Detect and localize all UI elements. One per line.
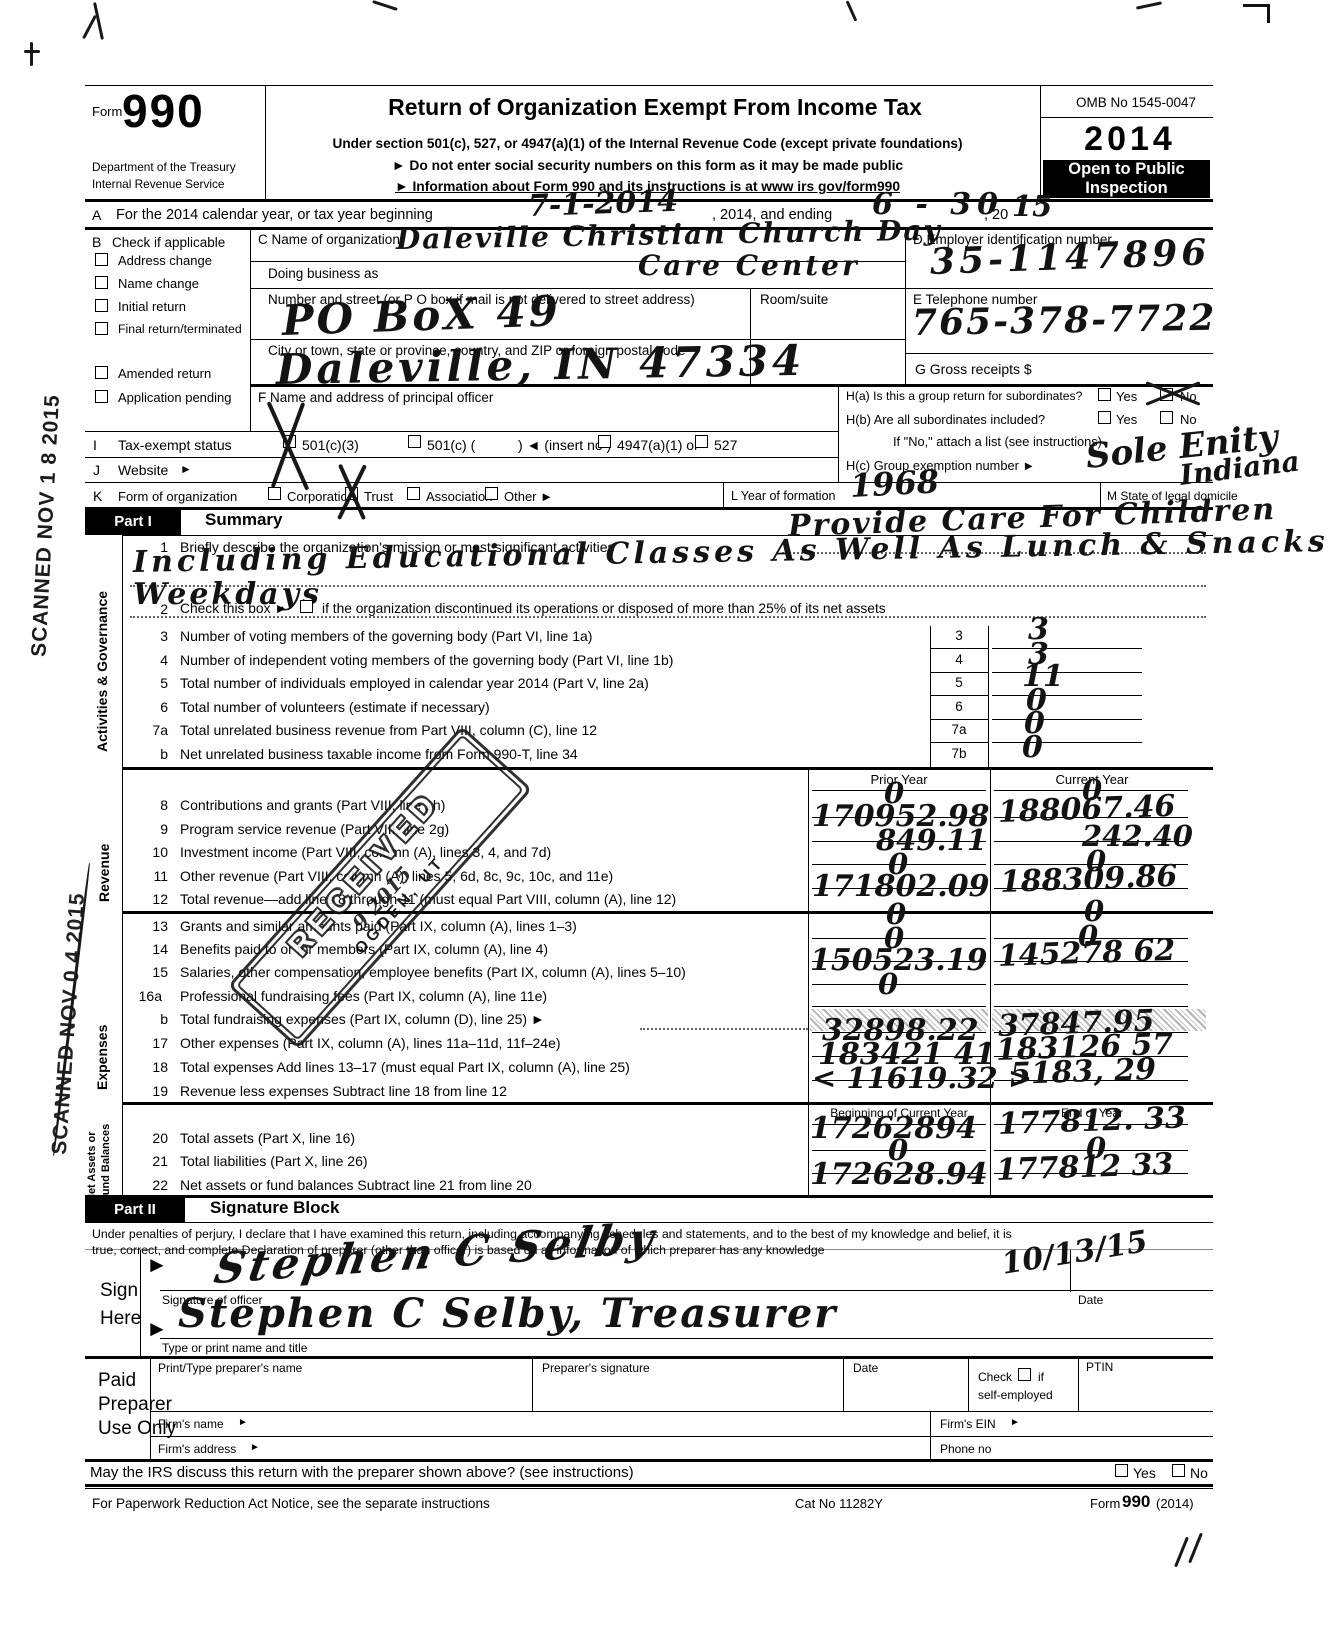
checkbox-discuss-no[interactable]	[1172, 1464, 1185, 1477]
street-value: PO BoX 49	[281, 290, 561, 342]
opt-527-label: 527	[714, 437, 737, 453]
form-990-page: SCANNED NOV 1 8 2015 SCANNED NOV 0 4 201…	[0, 0, 1328, 1647]
checkbox-discontinued[interactable]	[300, 600, 313, 613]
check-if-label: if	[1038, 1370, 1044, 1384]
row-num: 15	[136, 964, 168, 980]
box-b-item-label: Initial return	[118, 299, 186, 314]
row-box-num: 3	[930, 628, 988, 643]
box-b-title: Check if applicable	[112, 235, 225, 250]
row-num: 7a	[136, 722, 168, 738]
dba-label: Doing business as	[268, 266, 378, 281]
row-box-num: 7a	[930, 722, 988, 737]
checkbox-self-employed[interactable]	[1018, 1368, 1031, 1381]
preparer-name-label: Print/Type preparer's name	[158, 1361, 302, 1375]
side-label-net-assets-1: Net Assets or	[86, 1094, 98, 1202]
ha-yes-label: Yes	[1116, 389, 1137, 404]
box-b-item-label: Final return/terminated	[118, 322, 242, 336]
sign-label: Sign	[100, 1280, 138, 1302]
ha-label: H(a) Is this a group return for subordin…	[846, 389, 1082, 403]
row-num: 16a	[130, 988, 162, 1004]
hb-attach-note: If "No," attach a list (see instructions…	[893, 434, 1102, 449]
row-label: Net unrelated business taxable income fr…	[180, 746, 578, 762]
row-num: 21	[136, 1153, 168, 1169]
row-label: Number of voting members of the governin…	[180, 628, 592, 644]
prior-value: < 11619.32 >	[812, 1064, 1032, 1093]
part2-title: Signature Block	[210, 1198, 339, 1218]
row-label: Total fundraising expenses (Part IX, col…	[180, 1011, 545, 1027]
checkbox-initial-return[interactable]	[95, 299, 108, 312]
scan-artifact	[1174, 1537, 1189, 1568]
checkbox-hb-yes[interactable]	[1098, 411, 1111, 424]
checkbox-ha-yes[interactable]	[1098, 388, 1111, 401]
line2-num: 2	[136, 601, 168, 617]
box-b-item-label: Amended return	[118, 366, 211, 381]
part1-bar: Part I	[85, 509, 181, 535]
row-label: Total number of volunteers (estimate if …	[180, 699, 490, 715]
current-value: 5183, 29	[1009, 1055, 1156, 1090]
checkbox-hb-no[interactable]	[1160, 411, 1173, 424]
scan-artifact	[846, 0, 858, 21]
checkbox-application-pending[interactable]	[95, 390, 108, 403]
scan-artifact	[1188, 1533, 1203, 1564]
self-employed-label: self-employed	[978, 1388, 1053, 1402]
row-num: b	[136, 746, 168, 762]
row-num: 5	[136, 675, 168, 691]
row-num: 3	[136, 628, 168, 644]
scan-artifact	[1136, 1, 1162, 9]
under-section-line: Under section 501(c), 527, or 4947(a)(1)…	[275, 136, 1020, 151]
firms-name-label: Firm's name	[158, 1417, 224, 1431]
footer-form-year: (2014)	[1156, 1496, 1194, 1511]
opt-association-label: Association	[426, 489, 492, 504]
room-suite-label: Room/suite	[760, 292, 828, 307]
ptin-label: PTIN	[1086, 1360, 1113, 1374]
row-value: 0	[1022, 733, 1043, 763]
begin-value: 172628.94	[810, 1160, 987, 1190]
ein-value: 35-1147896	[929, 234, 1210, 280]
checkbox-name-change[interactable]	[95, 276, 108, 289]
line2-post: if the organization discontinued its ope…	[322, 601, 886, 616]
footer-form-number: 990	[1122, 1492, 1150, 1512]
side-label-governance: Activities & Governance	[94, 512, 110, 752]
open-to-public-line1: Open to Public	[1043, 160, 1210, 179]
discuss-no-label: No	[1190, 1465, 1208, 1481]
row-j-id: J	[93, 462, 100, 478]
gross-receipts-label: G Gross receipts $	[915, 361, 1032, 377]
preparer-signature-label: Preparer's signature	[542, 1361, 650, 1375]
row-label: Revenue less expenses Subtract line 18 f…	[180, 1083, 507, 1099]
bullet-ssn: ► Do not enter social security numbers o…	[275, 158, 1020, 173]
may-irs-text: May the IRS discuss this return with the…	[90, 1464, 634, 1481]
firms-ein-arrow: ►	[1010, 1417, 1020, 1428]
row-k-id: K	[93, 488, 102, 504]
opt-501c3-label: 501(c)(3)	[302, 437, 359, 453]
hb-label: H(b) Are all subordinates included?	[846, 412, 1045, 427]
row-num: 12	[136, 891, 168, 907]
year-of-formation-label: L Year of formation	[731, 489, 835, 503]
paid-label: Paid	[98, 1370, 136, 1392]
scan-artifact	[82, 15, 97, 39]
discuss-yes-label: Yes	[1133, 1465, 1156, 1481]
row-num: b	[136, 1011, 168, 1027]
row-i-id: I	[93, 437, 97, 453]
check-label: Check	[978, 1370, 1012, 1384]
hb-yes-label: Yes	[1116, 412, 1137, 427]
row-num: 17	[136, 1035, 168, 1051]
row-j-label: Website	[118, 462, 168, 478]
org-name-label: C Name of organization	[258, 232, 400, 247]
open-to-public-line2: Inspection	[1043, 179, 1210, 197]
row-box-num: 5	[930, 675, 988, 690]
checkbox-501c[interactable]	[408, 435, 421, 448]
principal-officer-label: F Name and address of principal officer	[258, 390, 493, 405]
scan-artifact	[1243, 4, 1270, 23]
row-num: 20	[136, 1130, 168, 1146]
checkbox-address-change[interactable]	[95, 253, 108, 266]
box-b-item-label: Application pending	[118, 390, 231, 405]
preparer-label: Preparer	[98, 1394, 172, 1416]
paperwork-notice: For Paperwork Reduction Act Notice, see …	[92, 1496, 490, 1511]
checkbox-527[interactable]	[695, 435, 708, 448]
row-num: 13	[136, 918, 168, 934]
row-num: 11	[136, 868, 168, 884]
row-label: Total unrelated business revenue from Pa…	[180, 722, 597, 738]
scanned-stamp-nov18: SCANNED NOV 1 8 2015	[27, 402, 64, 658]
checkbox-amended-return[interactable]	[95, 366, 108, 379]
row-label: Number of independent voting members of …	[180, 652, 673, 668]
opt-trust-label: Trust	[364, 489, 393, 504]
row-label: Total expenses Add lines 13–17 (must equ…	[180, 1059, 630, 1075]
here-label: Here	[100, 1308, 141, 1330]
checkbox-other[interactable]	[485, 487, 498, 500]
form-title: Return of Organization Exempt From Incom…	[300, 94, 1010, 121]
dept-line-1: Department of the Treasury	[92, 160, 236, 174]
line-a-id: A	[92, 207, 101, 223]
org-name-value-2: Care Center	[638, 252, 860, 280]
row-num: 6	[136, 699, 168, 715]
scan-artifact	[372, 0, 398, 11]
firms-address-arrow: ►	[250, 1442, 260, 1453]
row-num: 10	[136, 844, 168, 860]
checkbox-corporation[interactable]	[268, 487, 281, 500]
preparer-date-label: Date	[853, 1361, 878, 1375]
end-value: 177812 33	[995, 1150, 1173, 1186]
row-j-arrow: ►	[180, 462, 192, 476]
checkbox-discuss-yes[interactable]	[1115, 1464, 1128, 1477]
open-to-public-box: Open to Public Inspection	[1043, 160, 1210, 198]
officer-printed-name: Stephen C Selby, Treasurer	[178, 1294, 837, 1334]
current-value: 145278 62	[997, 936, 1175, 972]
form-word: Form	[92, 104, 122, 119]
row-box-num: 6	[930, 699, 988, 714]
omb-number: OMB No 1545-0047	[1076, 95, 1196, 110]
row-box-num: 4	[930, 652, 988, 667]
prior-value: 150523.19	[810, 946, 987, 976]
checkbox-association[interactable]	[407, 487, 420, 500]
prior-value: 0	[878, 970, 898, 999]
sign-arrow-icon: ►	[146, 1252, 168, 1278]
row-label: Total assets (Part X, line 16)	[180, 1130, 355, 1146]
row-label: Total number of individuals employed in …	[180, 675, 649, 691]
footer-form-word: Form	[1090, 1496, 1120, 1511]
firms-address-label: Firm's address	[158, 1442, 236, 1456]
type-or-print-label: Type or print name and title	[162, 1341, 307, 1355]
line-a-year-value: 15	[1012, 192, 1052, 221]
form-number: 990	[122, 84, 205, 138]
row-k-label: Form of organization	[118, 489, 237, 504]
date-label: Date	[1078, 1293, 1103, 1307]
firms-name-arrow: ►	[238, 1417, 248, 1428]
box-b-item-label: Address change	[118, 253, 212, 268]
scan-artifact	[24, 50, 40, 53]
current-value: 188309.86	[999, 862, 1177, 898]
dept-line-2: Internal Revenue Service	[92, 177, 224, 191]
scan-artifact	[30, 42, 33, 66]
box-b-item-label: Name change	[118, 276, 199, 291]
row-box-num: 7b	[930, 746, 988, 761]
line2-pre: Check this box ►	[180, 601, 288, 616]
row-num: 8	[136, 797, 168, 813]
tax-year: 2014	[1060, 120, 1200, 159]
checkbox-final-return[interactable]	[95, 322, 108, 335]
box-b-id: B	[92, 234, 101, 250]
side-label-net-assets-2: Fund Balances	[100, 1094, 112, 1202]
row-num: 22	[136, 1177, 168, 1193]
row-num: 4	[136, 652, 168, 668]
row-label: Other expenses (Part IX, column (A), lin…	[180, 1035, 561, 1051]
row-num: 14	[136, 941, 168, 957]
side-label-revenue: Revenue	[96, 790, 112, 902]
line-a-year-prefix: , 20	[984, 207, 1008, 223]
opt-4947-label: 4947(a)(1) or	[617, 437, 699, 453]
part2-bar: Part II	[85, 1197, 185, 1223]
phone-no-label: Phone no	[940, 1442, 991, 1456]
side-label-expenses: Expenses	[94, 918, 110, 1090]
opt-501c-label: 501(c) (	[427, 437, 475, 453]
checkbox-4947a1[interactable]	[598, 435, 611, 448]
line-a-text: For the 2014 calendar year, or tax year …	[116, 207, 433, 223]
city-value: Daleville, IN 47334	[276, 340, 806, 391]
scan-artifact	[93, 2, 104, 40]
row-i-label: Tax-exempt status	[118, 437, 232, 453]
row-label: Net assets or fund balances Subtract lin…	[180, 1177, 532, 1193]
row-label: Total liabilities (Part X, line 26)	[180, 1153, 368, 1169]
row-num: 18	[136, 1059, 168, 1075]
cat-number: Cat No 11282Y	[795, 1496, 883, 1511]
row-num: 9	[136, 821, 168, 837]
phone-value: 765-378-7722	[912, 300, 1217, 341]
row-num: 19	[136, 1083, 168, 1099]
opt-other-label: Other ►	[504, 489, 553, 504]
part1-title: Summary	[205, 510, 282, 530]
line-a-begin-value: 7-1-2014	[527, 187, 678, 222]
year-of-formation-value: 1968	[849, 465, 940, 502]
firms-ein-label: Firm's EIN	[940, 1417, 996, 1431]
